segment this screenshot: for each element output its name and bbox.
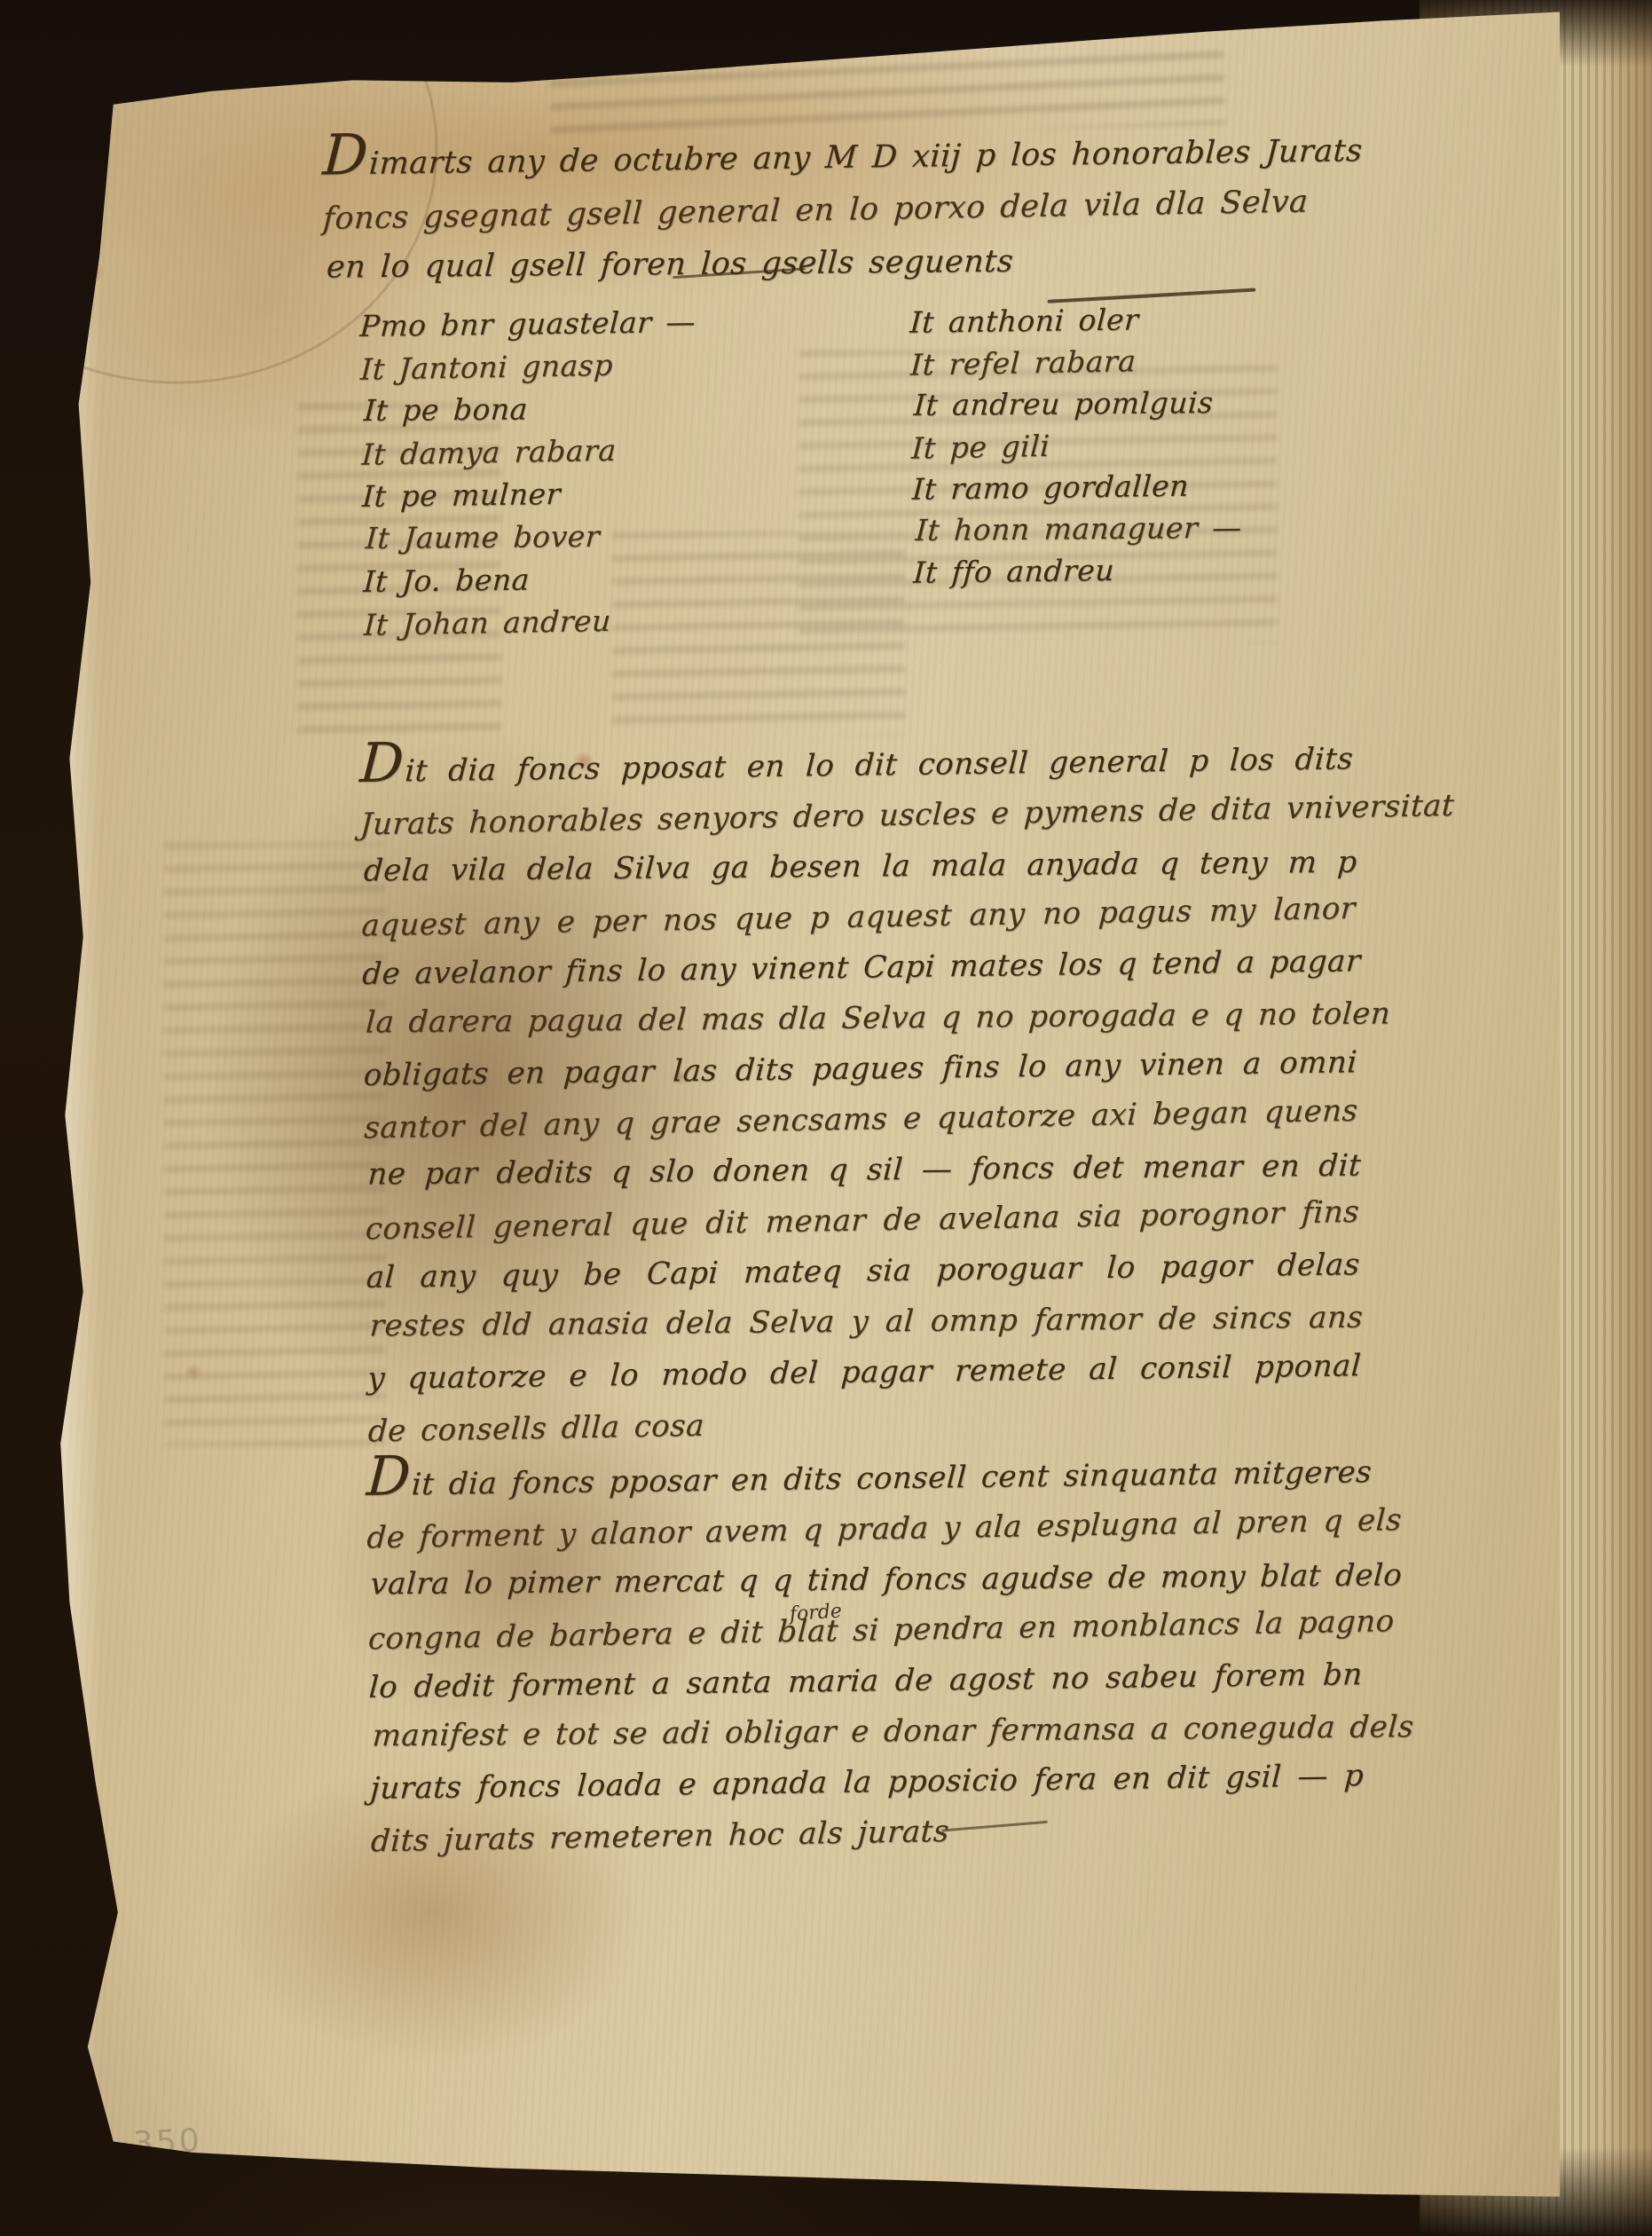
folio-number-top: 358 <box>103 48 192 100</box>
council-member-name: It Jaume bover <box>365 515 703 560</box>
council-members-left-column: Pmo bnr guastelar — It Jantoni gnasp It … <box>359 301 699 646</box>
council-member-name: It damya rabara <box>360 428 698 476</box>
council-member-name: It Johan andreu <box>363 598 701 647</box>
opening-paragraph: Dimarts any de octubre any M D xiij p lo… <box>322 126 1295 295</box>
council-member-name: It pe bona <box>363 387 701 432</box>
manuscript-page: 358 Dimarts any de octubre any M D xiij … <box>51 5 1560 2208</box>
avellana-resolution-paragraph: Dit dia foncs pposat en lo dit consell g… <box>359 734 1362 1455</box>
council-member-name: It anthoni oler <box>909 297 1238 343</box>
council-member-name: It refel rabara <box>909 338 1239 385</box>
book-background: 358 Dimarts any de octubre any M D xiij … <box>0 0 1652 2236</box>
council-members-right-column: It anthoni oler It refel rabara It andre… <box>909 297 1239 594</box>
council-member-name: It pe mulner <box>361 471 699 518</box>
interlinear-insertion: forde <box>789 1600 843 1626</box>
council-member-name: It ramo gordallen <box>911 464 1240 510</box>
folio-number-bottom: 350 <box>132 2122 203 2162</box>
wheat-purchase-paragraph: Dit dia foncs pposar en dits consell cen… <box>366 1447 1365 1865</box>
council-member-name: It ffo andreu <box>912 547 1241 594</box>
manuscript-line: en lo qual gsell foren los gsells seguen… <box>325 235 1090 295</box>
council-member-name: It honn managuer — <box>914 507 1243 551</box>
council-member-name: It Jo. bena <box>362 556 700 603</box>
council-member-name: It andreu pomlguis <box>913 382 1242 426</box>
manuscript-content: Dimarts any de octubre any M D xiij p lo… <box>48 0 1585 2211</box>
council-member-name: It pe gili <box>910 421 1239 468</box>
council-member-name: Pmo bnr guastelar — <box>358 301 696 348</box>
council-member-name: It Jantoni gnasp <box>359 342 697 391</box>
